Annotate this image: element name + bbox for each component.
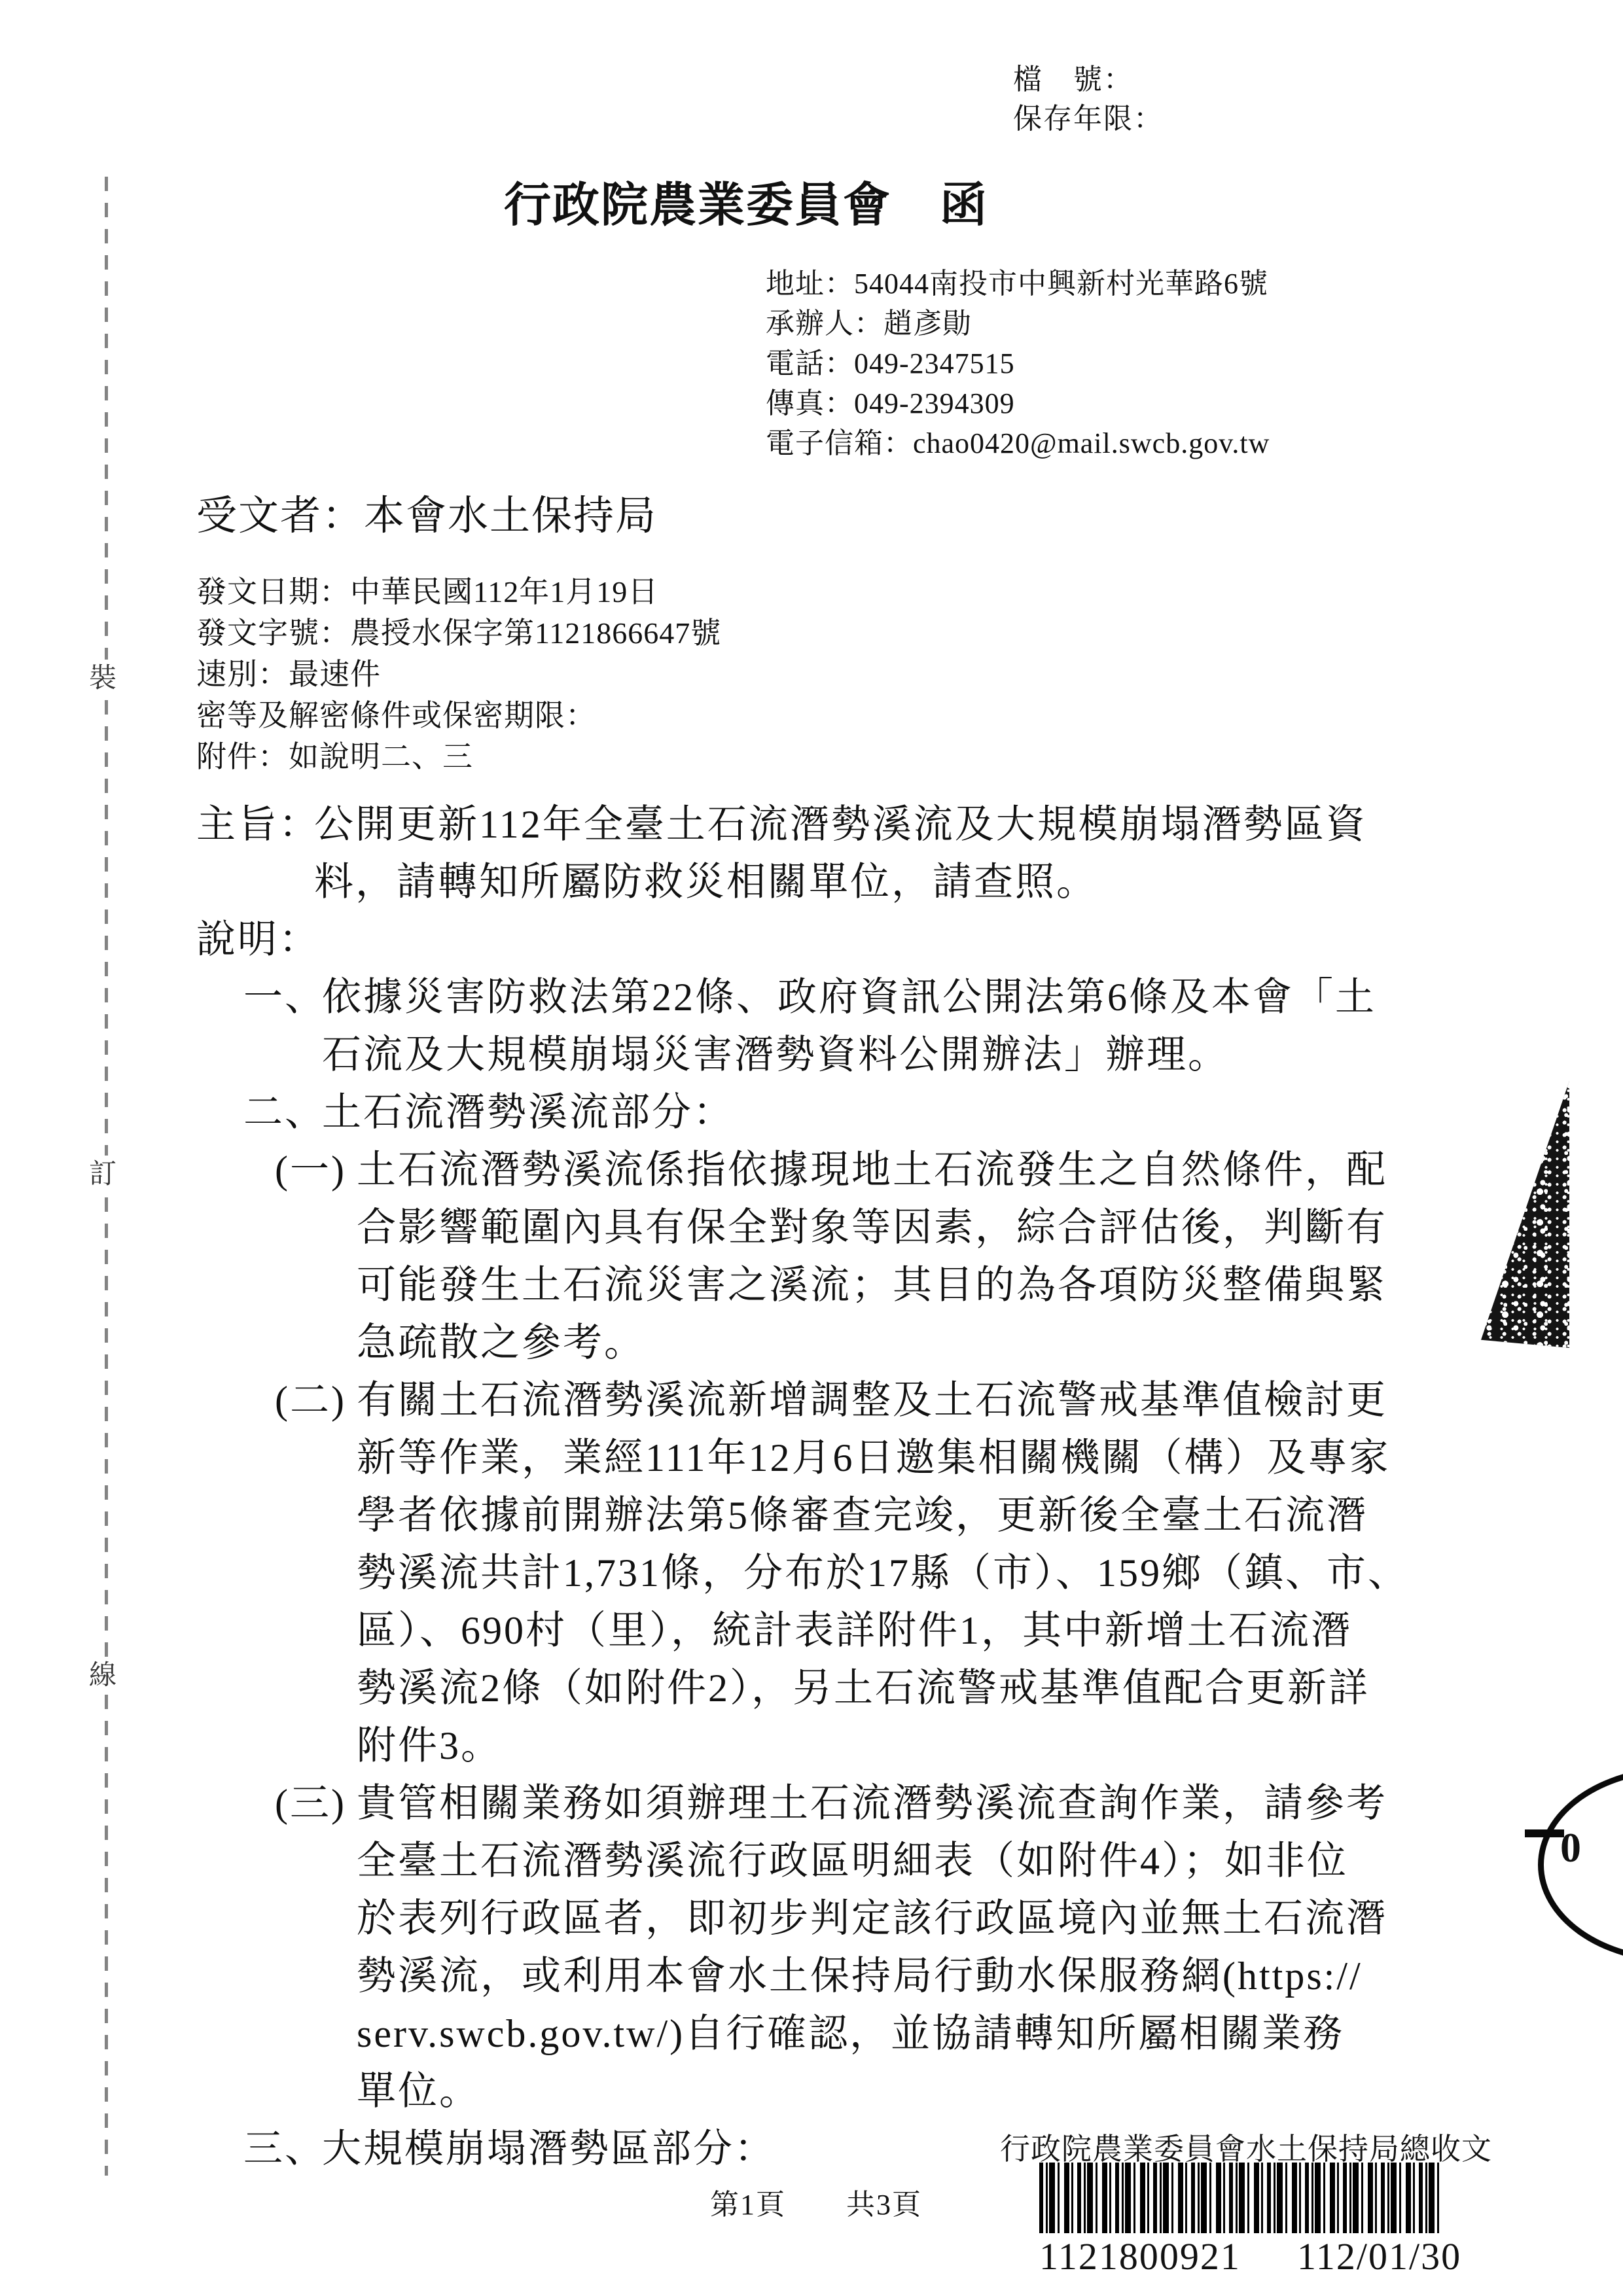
body-line: 石流及大規模崩塌災害潛勢資料公開辦法」辦理。 xyxy=(322,1035,1229,1074)
body-line: 有關土石流潛勢溪流新增調整及土石流警戒基準值檢討更 xyxy=(357,1381,1387,1420)
body-line: 可能發生土石流災害之溪流；其目的為各項防災整備與緊 xyxy=(357,1265,1387,1305)
agency-email: 電子信箱：chao0420@mail.swcb.gov.tw xyxy=(766,429,1270,458)
page-number-info: 第1頁 共3頁 xyxy=(710,2191,922,2219)
circle-stamp-stroke xyxy=(1525,1829,1564,1837)
body-line: 貴管相關業務如須辦理土石流潛勢溪流查詢作業，請參考 xyxy=(357,1784,1387,1823)
agency-contact: 承辦人：趙彥勛 xyxy=(766,309,972,338)
body-line: 學者依據前開辦法第5條審查完竣，更新後全臺土石流潛 xyxy=(357,1496,1368,1535)
binding-mark-zhuang: 裝 xyxy=(88,660,118,698)
binding-mark-xian: 線 xyxy=(88,1657,118,1695)
body-line: 勢溪流，或利用本會水土保持局行動水保服務網(https:// xyxy=(357,1956,1363,1996)
binding-mark-ding: 訂 xyxy=(88,1156,118,1193)
dispatch-number: 發文字號：農授水保字第1121866647號 xyxy=(196,618,721,648)
subject-line: 公開更新112年全臺土石流潛勢溪流及大規模崩塌潛勢區資 xyxy=(314,805,1367,844)
list-label: 三、 xyxy=(243,2129,326,2168)
body-line: 區）、690村（里），統計表詳附件1，其中新增土石流潛 xyxy=(357,1611,1352,1650)
subject-line: 料，請轉知所屬防救災相關單位，請查照。 xyxy=(314,862,1097,902)
receipt-date: 112/01/30 xyxy=(1297,2238,1461,2276)
retention-period-label: 保存年限： xyxy=(1013,105,1164,133)
body-line: 合影響範圍內具有保全對象等因素，綜合評估後，判斷有 xyxy=(357,1208,1387,1247)
sublist-label: (一) xyxy=(275,1150,346,1190)
agency-address: 地址：54044南投市中興新村光華路6號 xyxy=(766,270,1268,298)
sublist-label: (二) xyxy=(275,1381,346,1420)
body-line: 大規模崩塌潛勢區部分： xyxy=(322,2129,776,2168)
body-line: 新等作業，業經111年12月6日邀集相關機關（構）及專家 xyxy=(357,1438,1391,1477)
explanation-label: 說明： xyxy=(196,920,320,959)
body-line: 土石流潛勢溪流係指依據現地土石流發生之自然條件，配 xyxy=(357,1150,1387,1190)
body-line: 勢溪流共計1,731條，分布於17縣（市）、159鄉（鎮、市、 xyxy=(357,1553,1409,1593)
subject-label: 主旨： xyxy=(196,805,320,844)
speckled-triangle-stamp xyxy=(1481,1081,1569,1348)
classification-line: 密等及解密條件或保密期限： xyxy=(196,701,596,731)
body-line: 依據災害防救法第22條、政府資訊公開法第6條及本會「土 xyxy=(322,978,1376,1017)
body-line: 勢溪流2條（如附件2），另土石流警戒基準值配合更新詳 xyxy=(357,1669,1370,1708)
body-line: 單位。 xyxy=(357,2072,480,2111)
document-page: 檔 號： 保存年限： 行政院農業委員會 函 地址：54044南投市中興新村光華路… xyxy=(0,0,1623,2296)
agency-phone: 電話：049-2347515 xyxy=(766,349,1015,378)
sublist-label: (三) xyxy=(275,1784,346,1823)
body-line: serv.swcb.gov.tw/)自行確認，並協請轉知所屬相關業務 xyxy=(357,2014,1344,2053)
file-number-label: 檔 號： xyxy=(1013,65,1133,94)
body-line: 全臺土石流潛勢溪流行政區明細表（如附件4）；如非位 xyxy=(357,1841,1348,1881)
list-label: 一、 xyxy=(243,978,326,1017)
attachment-line: 附件：如說明二、三 xyxy=(196,742,473,772)
body-line: 土石流潛勢溪流部分： xyxy=(322,1093,734,1132)
body-line: 急疏散之參考。 xyxy=(357,1323,645,1362)
document-title: 行政院農業委員會 函 xyxy=(504,182,988,229)
receipt-barcode xyxy=(1039,2163,1442,2233)
list-label: 二、 xyxy=(243,1093,326,1132)
circle-stamp-digit: 0 xyxy=(1560,1827,1581,1869)
agency-fax: 傳真：049-2394309 xyxy=(766,389,1015,418)
recipient-line: 受文者：本會水土保持局 xyxy=(196,496,657,537)
body-line: 於表列行政區者，即初步判定該行政區境內並無土石流潛 xyxy=(357,1899,1387,1938)
receipt-stamp-title: 行政院農業委員會水土保持局總收文 xyxy=(1000,2134,1492,2164)
receipt-number: 1121800921 xyxy=(1039,2238,1241,2276)
priority-level: 速別：最速件 xyxy=(196,660,381,690)
dispatch-date: 發文日期：中華民國112年1月19日 xyxy=(196,577,658,607)
body-line: 附件3。 xyxy=(357,1726,502,1765)
